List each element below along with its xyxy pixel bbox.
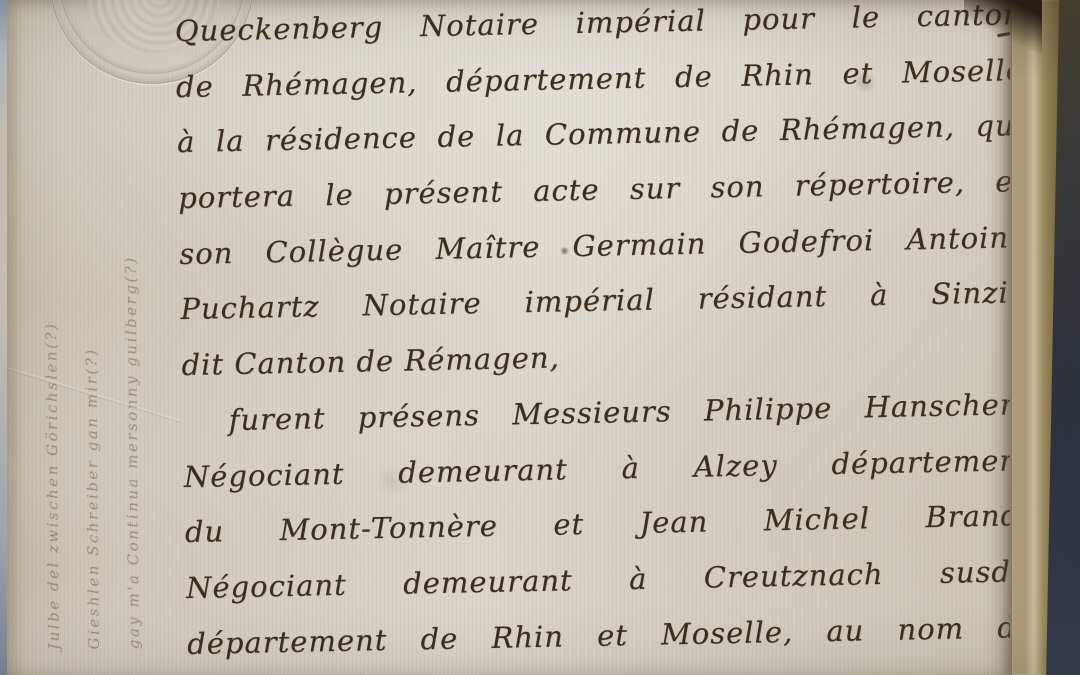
ink-stain [852,72,878,92]
photograph-of-manuscript: Julbe del zwischen Görichslen(?) Gieshle… [0,0,1080,675]
paper-stain [372,468,412,494]
margin-annotation-line: gay m'a Continua mersonny guilberg(?) [109,71,154,649]
left-background-edge [0,0,7,675]
dark-corner-top-right [964,0,1042,54]
margin-annotation: Julbe del zwischen Görichslen(?) Gieshle… [29,71,154,650]
paper-deckle-edge [6,0,24,675]
ink-blot [560,247,569,255]
manuscript-page: Julbe del zwischen Görichslen(?) Gieshle… [0,0,1062,675]
margin-annotation-line: Julbe del zwischen Görichslen(?) [29,72,74,650]
manuscript-text: Queckenberg Notaire impérial pour le can… [174,0,1035,672]
margin-annotation-line: Gieshlen Schreiber gan mir(?) [69,71,114,649]
